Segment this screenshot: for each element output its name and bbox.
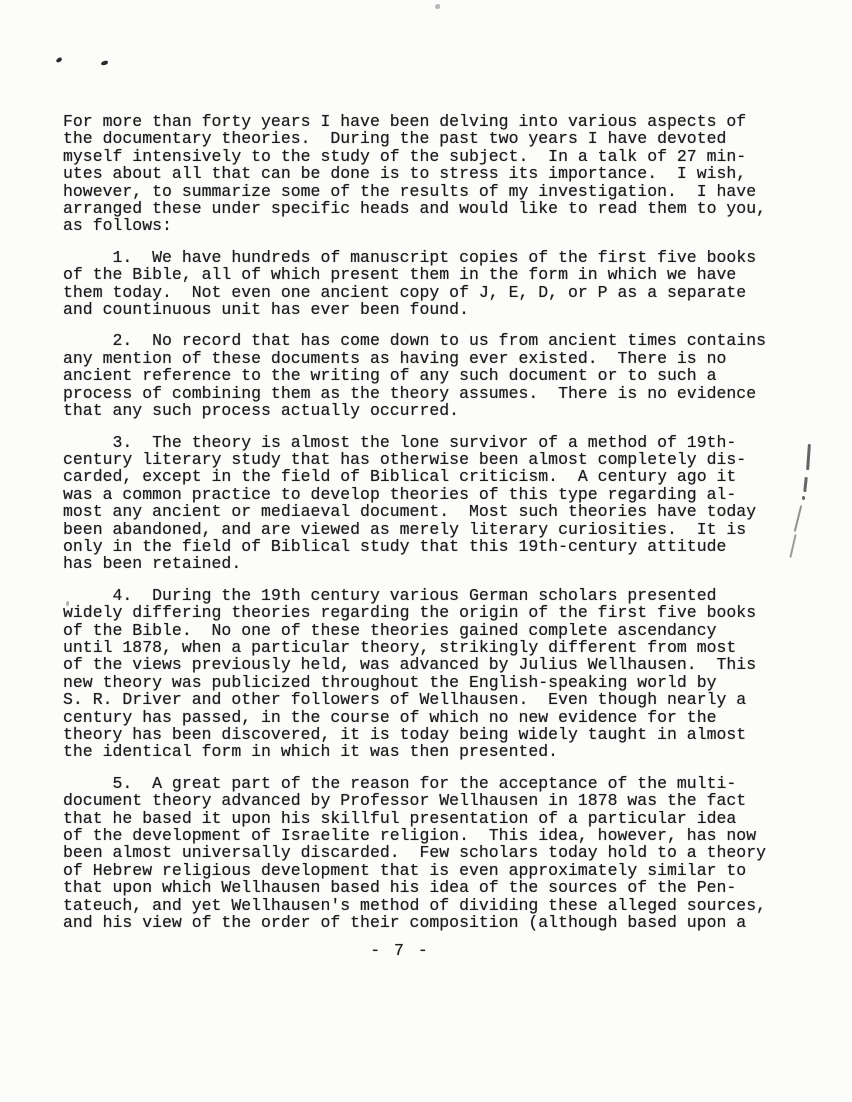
page-number: - 7 -: [63, 941, 737, 960]
pencil-dot-mark: [802, 496, 805, 500]
scanned-typewritten-page: For more than forty years I have been de…: [0, 0, 852, 1102]
ink-speck: [55, 57, 62, 63]
ink-speck: [435, 4, 440, 9]
pencil-stroke-mark: [806, 444, 810, 470]
document-body: For more than forty years I have been de…: [63, 113, 808, 945]
paragraph-point-1: 1. We have hundreds of manuscript copies…: [63, 249, 808, 319]
paragraph-point-2: 2. No record that has come down to us fr…: [63, 332, 808, 419]
paragraph-point-3: 3. The theory is almost the lone survivo…: [63, 434, 808, 573]
paragraph-point-4: 4. During the 19th century various Germa…: [63, 587, 808, 761]
paragraph-point-5: 5. A great part of the reason for the ac…: [63, 775, 808, 932]
paragraph-intro: For more than forty years I have been de…: [63, 113, 808, 235]
ink-speck: [101, 60, 109, 66]
